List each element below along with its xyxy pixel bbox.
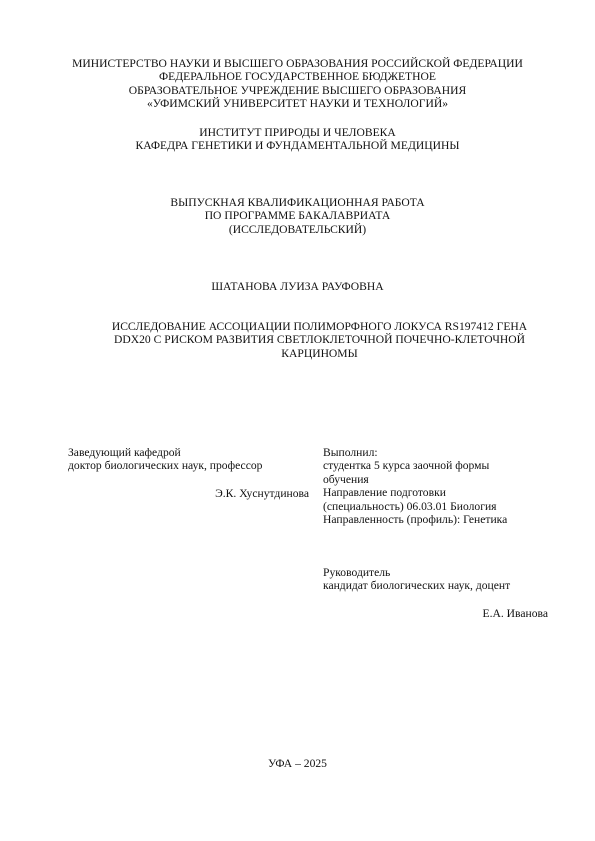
author-name: ШАТАНОВА ЛУИЗА РАУФОВНА <box>0 280 595 293</box>
head-degree: доктор биологических наук, профессор <box>68 459 313 472</box>
author-full-name: ШАТАНОВА ЛУИЗА РАУФОВНА <box>0 280 595 293</box>
performed-by-label: Выполнил: <box>323 446 553 459</box>
performed-by-block: Выполнил: студентка 5 курса заочной форм… <box>323 446 553 526</box>
university-name: «УФИМСКИЙ УНИВЕРСИТЕТ НАУКИ И ТЕХНОЛОГИЙ… <box>0 97 595 110</box>
city-year: УФА – 2025 <box>0 757 595 770</box>
department-name: КАФЕДРА ГЕНЕТИКИ И ФУНДАМЕНТАЛЬНОЙ МЕДИЦ… <box>0 139 595 152</box>
work-type-line-1: ВЫПУСКНАЯ КВАЛИФИКАЦИОННАЯ РАБОТА <box>0 196 595 209</box>
head-name: Э.К. Хуснутдинова <box>68 487 313 500</box>
supervisor-name: Е.А. Иванова <box>323 607 548 620</box>
head-role: Заведующий кафедрой <box>68 446 313 459</box>
institution-type-line-1: ФЕДЕРАЛЬНОЕ ГОСУДАРСТВЕННОЕ БЮДЖЕТНОЕ <box>0 70 595 83</box>
institution-type-line-2: ОБРАЗОВАТЕЛЬНОЕ УЧРЕЖДЕНИЕ ВЫСШЕГО ОБРАЗ… <box>0 84 595 97</box>
city-year-text: УФА – 2025 <box>0 757 595 770</box>
thesis-title-line-1: ИССЛЕДОВАНИЕ АССОЦИАЦИИ ПОЛИМОРФНОГО ЛОК… <box>92 320 547 333</box>
title-page: МИНИСТЕРСТВО НАУКИ И ВЫСШЕГО ОБРАЗОВАНИЯ… <box>0 0 595 841</box>
thesis-title: ИССЛЕДОВАНИЕ АССОЦИАЦИИ ПОЛИМОРФНОГО ЛОК… <box>92 320 547 360</box>
direction-label: Направление подготовки <box>323 486 553 499</box>
head-of-department-block: Заведующий кафедрой доктор биологических… <box>68 446 313 500</box>
supervisor-degree: кандидат биологических наук, доцент <box>323 579 548 592</box>
organization-header: МИНИСТЕРСТВО НАУКИ И ВЫСШЕГО ОБРАЗОВАНИЯ… <box>0 57 595 111</box>
work-type-line-2: ПО ПРОГРАММЕ БАКАЛАВРИАТА <box>0 209 595 222</box>
supervisor-role: Руководитель <box>323 566 548 579</box>
work-type: ВЫПУСКНАЯ КВАЛИФИКАЦИОННАЯ РАБОТА ПО ПРО… <box>0 196 595 236</box>
profile: Направленность (профиль): Генетика <box>323 513 553 526</box>
ministry-line: МИНИСТЕРСТВО НАУКИ И ВЫСШЕГО ОБРАЗОВАНИЯ… <box>0 57 595 70</box>
student-study-form: обучения <box>323 473 553 486</box>
institute-name: ИНСТИТУТ ПРИРОДЫ И ЧЕЛОВЕКА <box>0 126 595 139</box>
work-type-line-3: (ИССЛЕДОВАТЕЛЬСКИЙ) <box>0 223 595 236</box>
institute-header: ИНСТИТУТ ПРИРОДЫ И ЧЕЛОВЕКА КАФЕДРА ГЕНЕ… <box>0 126 595 153</box>
specialty: (специальность) 06.03.01 Биология <box>323 500 553 513</box>
thesis-title-line-2: DDX20 С РИСКОМ РАЗВИТИЯ СВЕТЛОКЛЕТОЧНОЙ … <box>92 333 547 346</box>
student-course: студентка 5 курса заочной формы <box>323 459 553 472</box>
thesis-title-line-3: КАРЦИНОМЫ <box>92 347 547 360</box>
supervisor-block: Руководитель кандидат биологических наук… <box>323 566 548 620</box>
